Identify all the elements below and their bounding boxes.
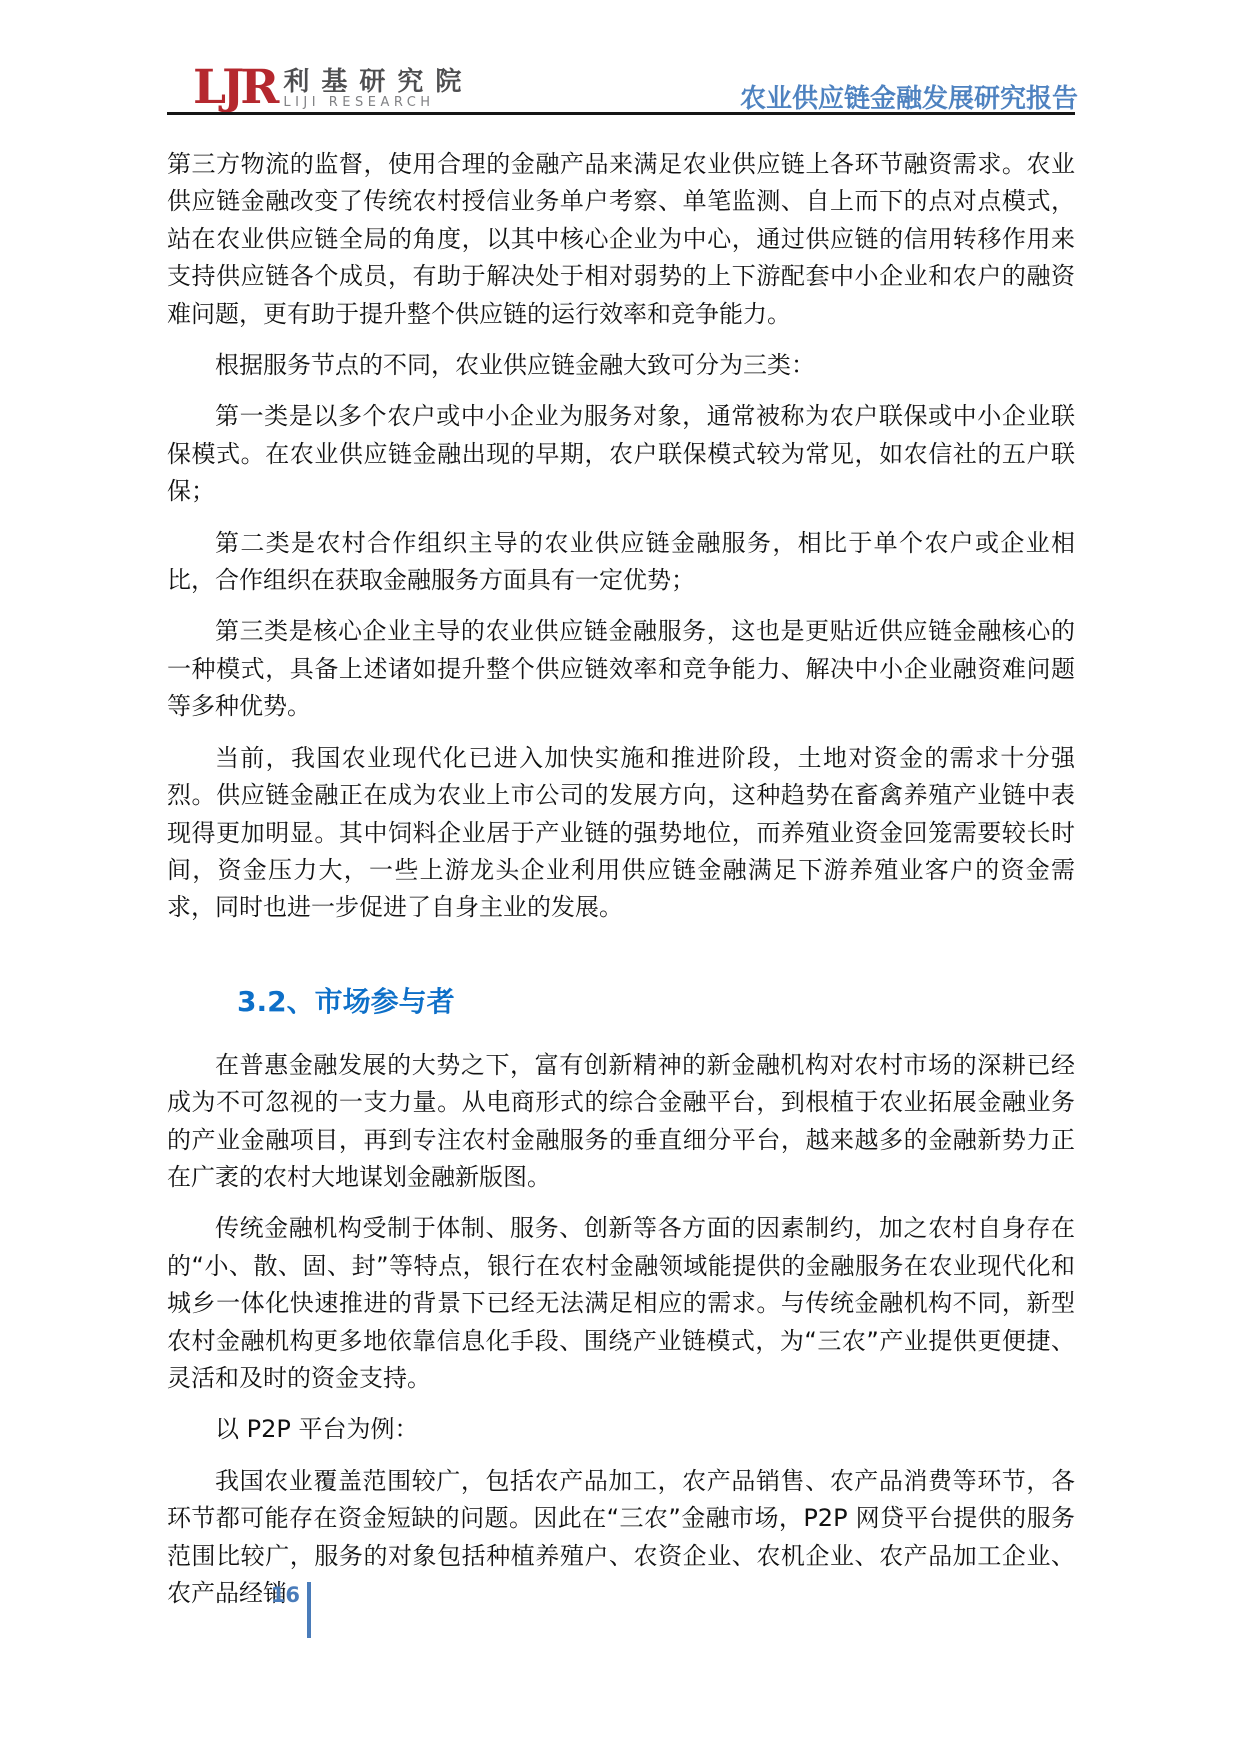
page-number: 16 [266, 1583, 300, 1607]
paragraph: 以 P2P 平台为例： [167, 1411, 1075, 1448]
paragraph: 当前，我国农业现代化已进入加快实施和推进阶段，土地对资金的需求十分强烈。供应链金… [167, 740, 1075, 927]
document-page: LJR 利基研究院 LIJI RESEARCH 农业供应链金融发展研究报告 第三… [0, 0, 1240, 1754]
logo: LJR 利基研究院 LIJI RESEARCH [193, 68, 473, 110]
header-rule [167, 112, 1075, 115]
page-number-bar [307, 1582, 311, 1638]
paragraph: 根据服务节点的不同，农业供应链金融大致可分为三类： [167, 347, 1075, 384]
paragraph: 在普惠金融发展的大势之下，富有创新精神的新金融机构对农村市场的深耕已经成为不可忽… [167, 1047, 1075, 1197]
paragraph: 第二类是农村合作组织主导的农业供应链金融服务，相比于单个农户或企业相比，合作组织… [167, 525, 1075, 600]
document-body: 第三方物流的监督，使用合理的金融产品来满足农业供应链上各环节融资需求。农业供应链… [167, 146, 1075, 1626]
paragraph: 第三方物流的监督，使用合理的金融产品来满足农业供应链上各环节融资需求。农业供应链… [167, 146, 1075, 333]
paragraph: 传统金融机构受制于体制、服务、创新等各方面的因素制约，加之农村自身存在的“小、散… [167, 1210, 1075, 1397]
paragraph: 我国农业覆盖范围较广，包括农产品加工，农产品销售、农产品消费等环节，各环节都可能… [167, 1463, 1075, 1613]
logo-name-en: LIJI RESEARCH [283, 96, 473, 110]
section-heading: 3.2、市场参与者 [167, 981, 1075, 1023]
paragraph: 第三类是核心企业主导的农业供应链金融服务，这也是更贴近供应链金融核心的一种模式，… [167, 613, 1075, 725]
logo-name-cn: 利基研究院 [283, 69, 473, 96]
logo-mark: LJR [193, 68, 275, 108]
logo-names: 利基研究院 LIJI RESEARCH [283, 68, 473, 110]
paragraph: 第一类是以多个农户或中小企业为服务对象，通常被称为农户联保或中小企业联保模式。在… [167, 398, 1075, 510]
report-title: 农业供应链金融发展研究报告 [740, 78, 1078, 115]
